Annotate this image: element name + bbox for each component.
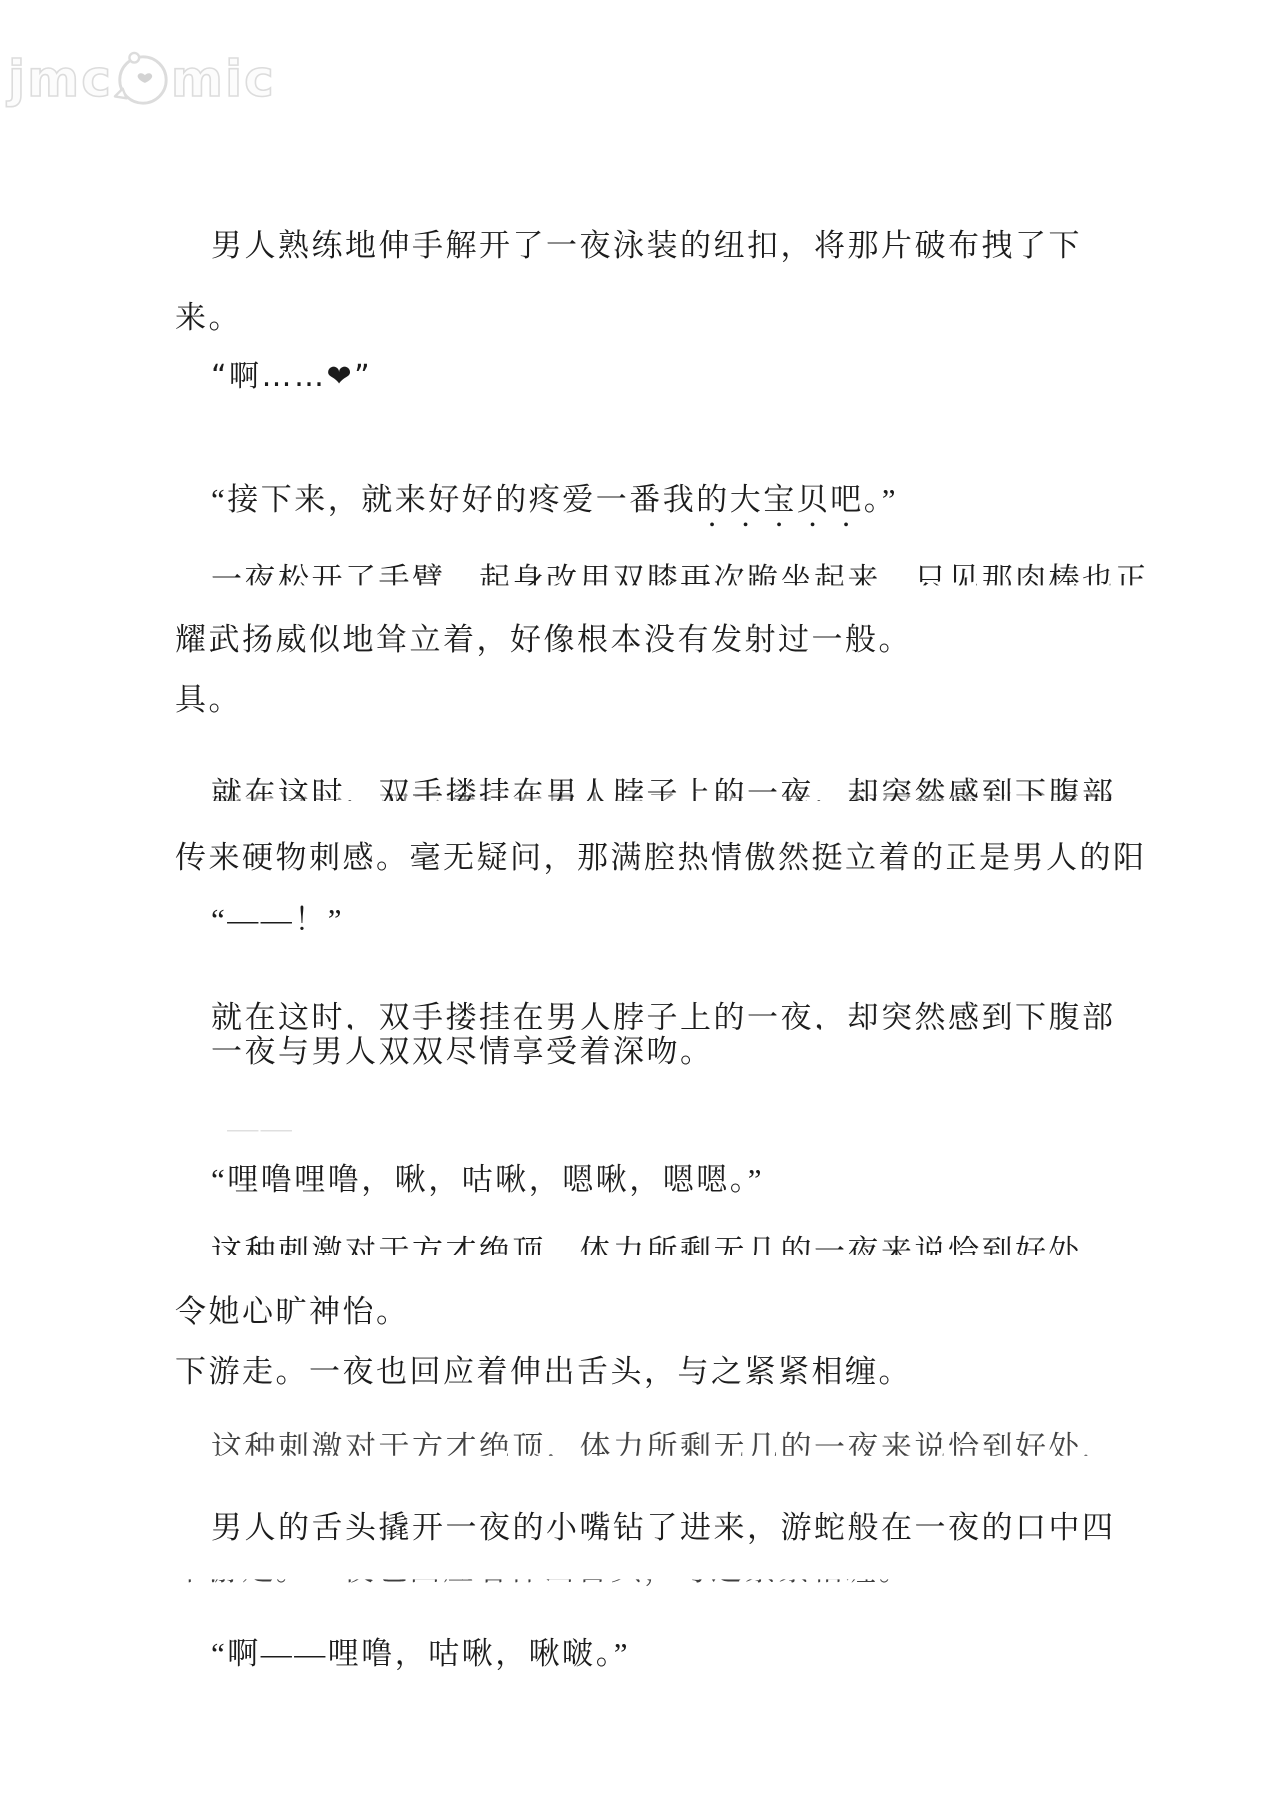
text-line-garbled: 就在这时，双手搂挂在男人脖子上的一夜，却突然感到下腹部: [175, 774, 1191, 814]
novel-page: jmc mic 男人熟练地伸手解开了一夜泳装的纽扣，将那片破布拽了下 来。 “啊…: [0, 0, 1280, 1811]
text-line-heart: “啊……❤”: [175, 358, 1191, 396]
text-line: “——！”: [175, 900, 1191, 940]
watermark-logo: jmc mic: [8, 50, 276, 108]
text-line: 男人熟练地伸手解开了一夜泳装的纽扣，将那片破布拽了下: [175, 226, 1191, 266]
emphasized-text: 的大宝贝吧: [696, 482, 864, 517]
bird-icon: [113, 50, 171, 108]
text-line: 具。: [175, 680, 1155, 720]
text-line: “啊——哩噜，咕啾，啾啵。”: [175, 1634, 1191, 1674]
text-line: “哩噜哩噜，啾，咕啾，嗯啾，嗯嗯。”: [175, 1160, 1191, 1200]
text-line-clipped: 这种刺激对于方才绝顶、体力所剩无几的一夜来说恰到好处，: [175, 1232, 1191, 1272]
text-line: 传来硬物刺感。毫无疑问，那满腔热情傲然挺立着的正是男人的阳: [175, 838, 1155, 878]
text-line-clipped: 这种刺激对于方才绝顶，体力所剩无几的一夜来说恰到好处.: [175, 1428, 1191, 1468]
text-line-sliver: 下游走。一夜也回应着伸出舌头，与之紧紧相缠。: [175, 1550, 1155, 1590]
text-segment: 。”: [864, 482, 898, 517]
text-line-remnant: “——: [175, 1108, 1191, 1148]
text-line: 耀武扬威似地耸立着，好像根本没有发射过一般。: [175, 620, 1155, 660]
text-line: 下游走。一夜也回应着伸出舌头，与之紧紧相缠。: [175, 1352, 1155, 1392]
text-line: 来。: [175, 298, 1155, 338]
watermark-text-right: mic: [171, 54, 276, 104]
text-line: 一夜与男人双双尽情享受着深吻。: [175, 1032, 1191, 1072]
text-line: 男人的舌头撬开一夜的小嘴钻了进来，游蛇般在一夜的口中四: [175, 1508, 1191, 1548]
watermark-text-left: jmc: [8, 54, 113, 104]
text-segment: “接下来，就来好好的疼爱一番我: [211, 482, 696, 517]
text-line-clipped: 一夜松开了手臂，起身改用双膝再次跪坐起来，只见那肉棒也正: [175, 560, 1191, 600]
text-line: 令她心旷神怡。: [175, 1292, 1155, 1332]
text-line-emphasis: “接下来，就来好好的疼爱一番我的大宝贝吧。”: [175, 480, 1191, 534]
